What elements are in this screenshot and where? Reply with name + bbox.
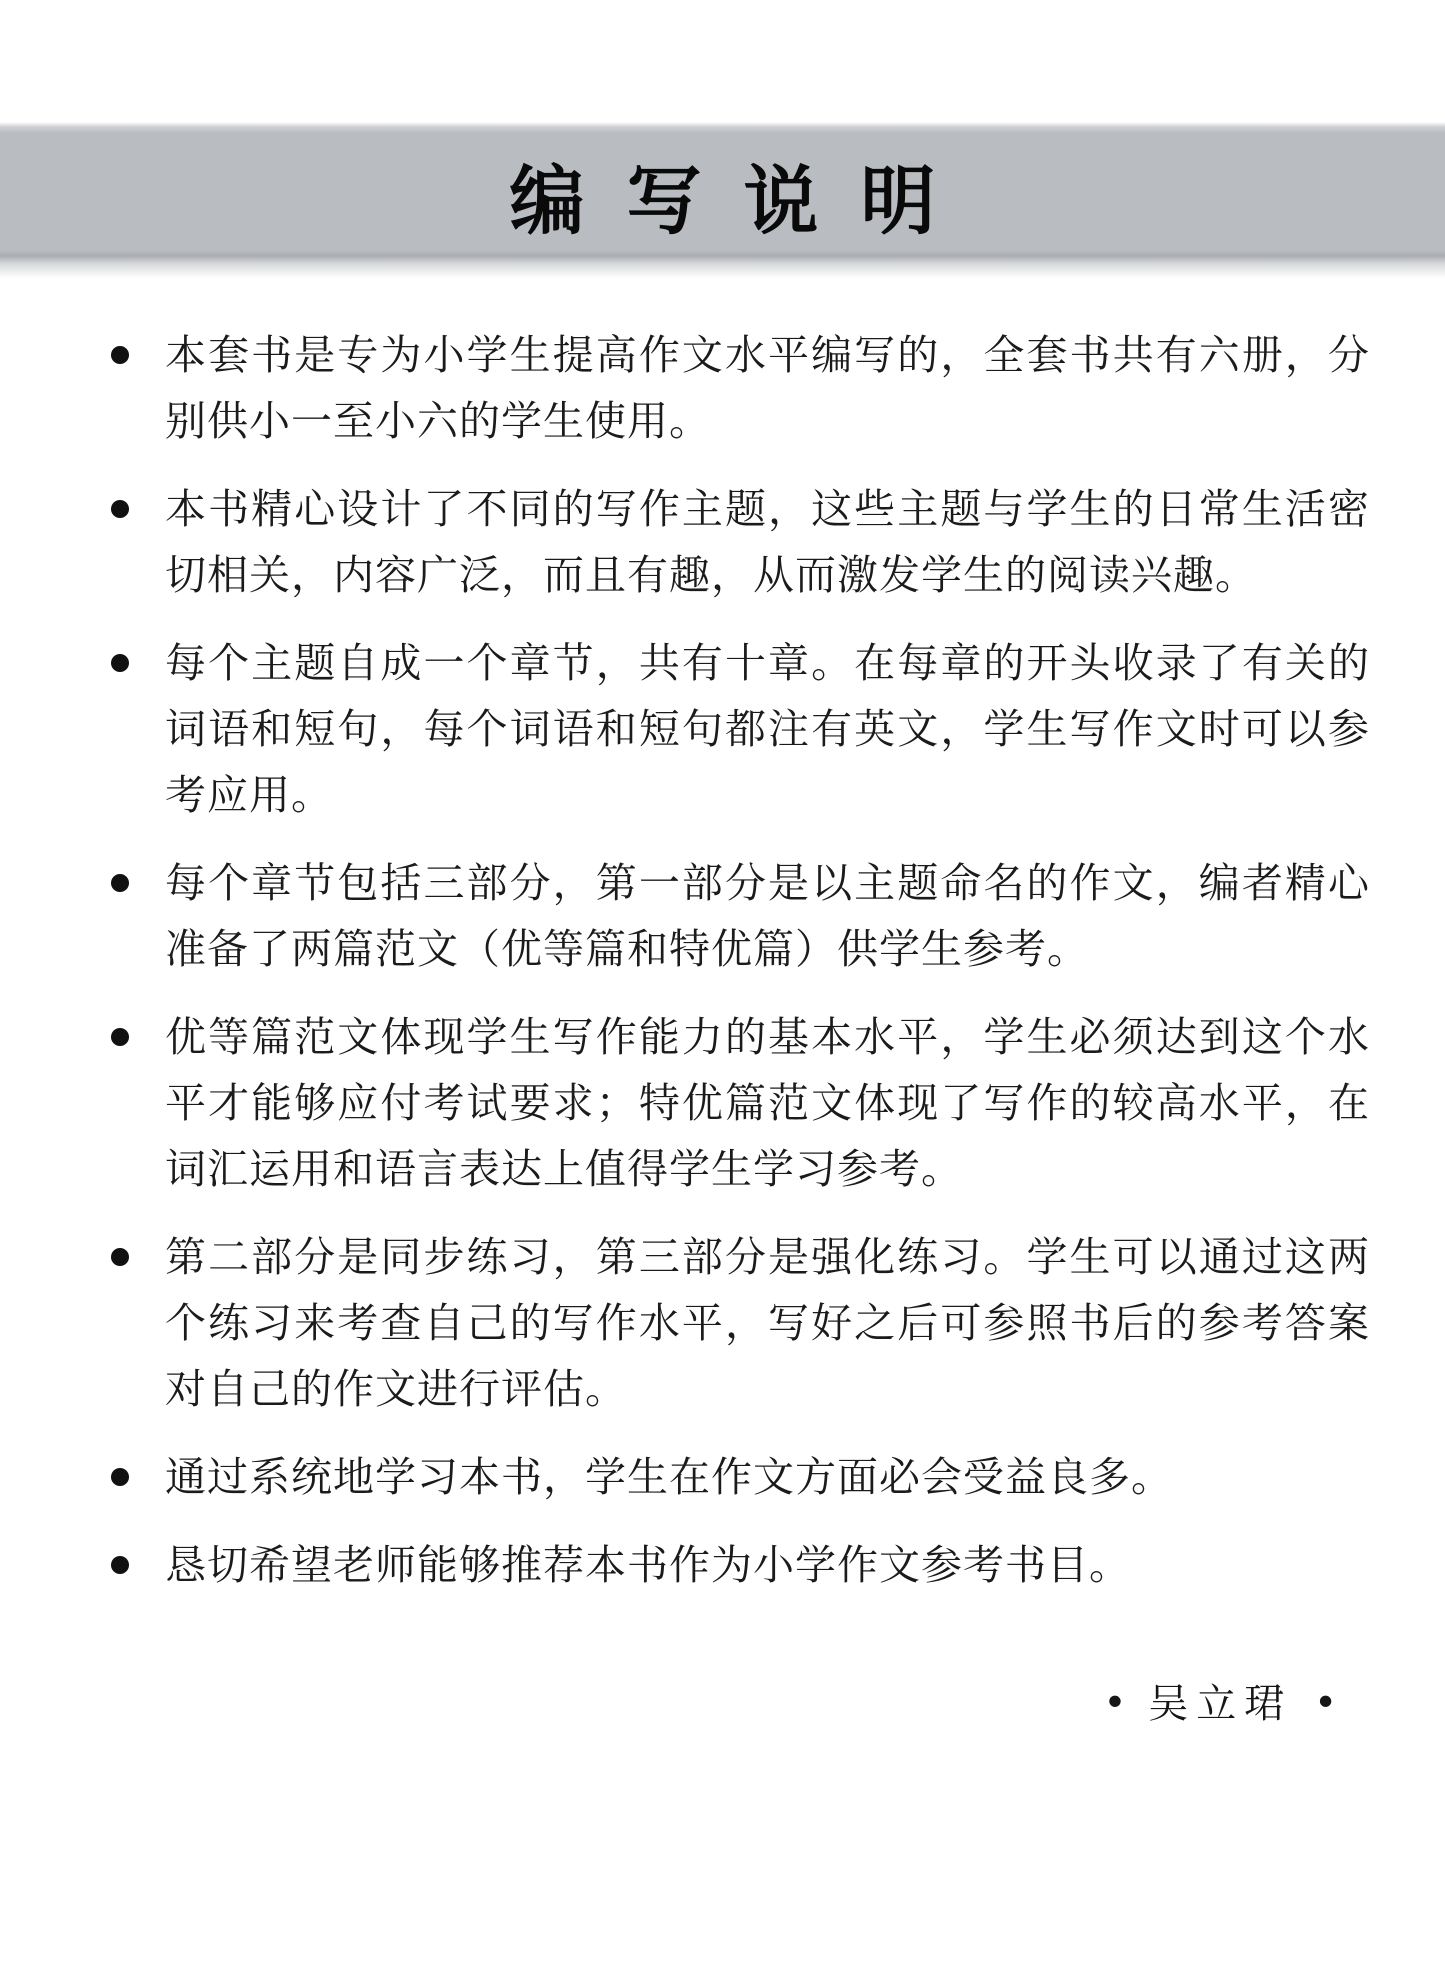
author-signature: • 吴立珺 •	[0, 1672, 1333, 1729]
title-band: 编写说明	[0, 122, 1445, 280]
page-title: 编写说明	[467, 142, 977, 249]
list-item: 通过系统地学习本书，学生在作文方面必会受益良多。	[111, 1444, 1370, 1510]
note-text: 恳切希望老师能够推荐本书作为小学作文参考书目。	[165, 1541, 1131, 1589]
signature-dot-icon: •	[1108, 1680, 1123, 1722]
notes-list: 本套书是专为小学生提高作文水平编写的，全套书共有六册，分别供小一至小六的学生使用…	[0, 322, 1445, 1598]
page: 编写说明 本套书是专为小学生提高作文水平编写的，全套书共有六册，分别供小一至小六…	[0, 0, 1445, 1729]
bullet-dot-icon	[111, 346, 129, 364]
list-item: 第二部分是同步练习，第三部分是强化练习。学生可以通过这两个练习来考查自己的写作水…	[111, 1224, 1370, 1422]
list-item: 每个主题自成一个章节，共有十章。在每章的开头收录了有关的词语和短句，每个词语和短…	[111, 630, 1370, 828]
bullet-dot-icon	[111, 500, 129, 518]
list-item: 优等篇范文体现学生写作能力的基本水平，学生必须达到这个水平才能够应付考试要求；特…	[111, 1004, 1370, 1202]
list-item: 本套书是专为小学生提高作文水平编写的，全套书共有六册，分别供小一至小六的学生使用…	[111, 322, 1370, 454]
bullet-dot-icon	[111, 1248, 129, 1266]
note-text: 第二部分是同步练习，第三部分是强化练习。学生可以通过这两个练习来考查自己的写作水…	[165, 1233, 1370, 1413]
note-text: 本套书是专为小学生提高作文水平编写的，全套书共有六册，分别供小一至小六的学生使用…	[165, 331, 1370, 445]
author-name: 吴立珺	[1148, 1672, 1292, 1729]
list-item: 本书精心设计了不同的写作主题，这些主题与学生的日常生活密切相关，内容广泛，而且有…	[111, 476, 1370, 608]
bullet-dot-icon	[111, 1028, 129, 1046]
note-text: 本书精心设计了不同的写作主题，这些主题与学生的日常生活密切相关，内容广泛，而且有…	[165, 485, 1370, 599]
bullet-dot-icon	[111, 1468, 129, 1486]
list-item: 每个章节包括三部分，第一部分是以主题命名的作文，编者精心准备了两篇范文（优等篇和…	[111, 850, 1370, 982]
note-text: 每个主题自成一个章节，共有十章。在每章的开头收录了有关的词语和短句，每个词语和短…	[165, 639, 1370, 819]
note-text: 每个章节包括三部分，第一部分是以主题命名的作文，编者精心准备了两篇范文（优等篇和…	[165, 859, 1370, 973]
bullet-dot-icon	[111, 1556, 129, 1574]
signature-dot-icon: •	[1318, 1680, 1333, 1722]
list-item: 恳切希望老师能够推荐本书作为小学作文参考书目。	[111, 1532, 1370, 1598]
note-text: 通过系统地学习本书，学生在作文方面必会受益良多。	[165, 1453, 1173, 1501]
top-margin	[0, 0, 1445, 122]
bullet-dot-icon	[111, 874, 129, 892]
note-text: 优等篇范文体现学生写作能力的基本水平，学生必须达到这个水平才能够应付考试要求；特…	[165, 1013, 1370, 1193]
bullet-dot-icon	[111, 654, 129, 672]
